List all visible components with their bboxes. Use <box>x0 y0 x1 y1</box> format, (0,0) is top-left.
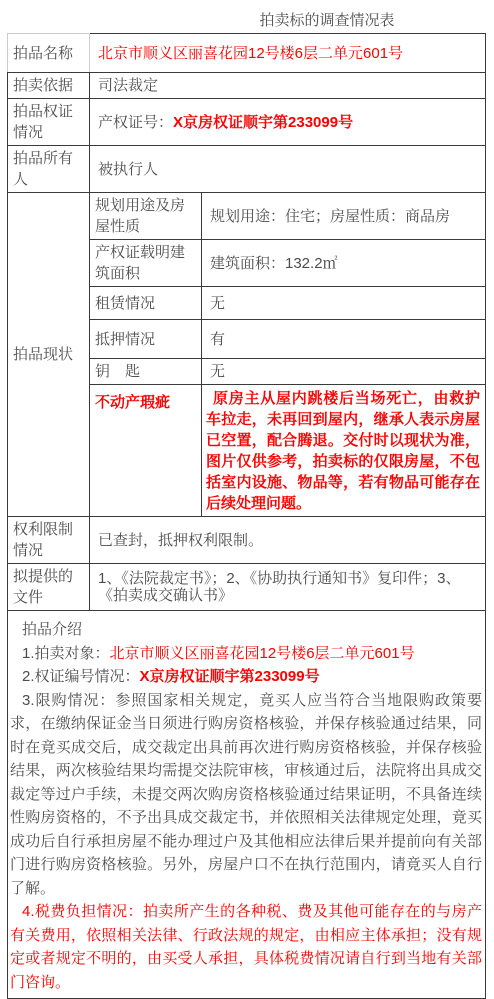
row-introduction: 拍品介绍 1.拍卖对象：北京市顺义区丽喜花园12号楼6层二单元601号 2.权证… <box>8 611 486 999</box>
rights-restriction-label: 权利限制情况 <box>8 517 90 564</box>
rights-restriction-value: 已查封，抵押权利限制。 <box>90 517 486 564</box>
auction-basis-value: 司法裁定 <box>90 73 486 99</box>
auction-basis-label: 拍卖依据 <box>8 73 90 99</box>
item-name-label: 拍品名称 <box>8 34 90 73</box>
certificate-prefix: 产权证号： <box>98 114 173 131</box>
introduction-item-3: 3.限购情况：参照国家相关规定，竟买人应当符合当地限购政策要求，在缴纳保证金当日… <box>10 689 482 901</box>
introduction-item-2: 2.权证编号情况：X京房权证顺宇第233099号 <box>10 665 482 689</box>
row-rights-restriction: 权利限制情况 已查封，抵押权利限制。 <box>8 517 486 564</box>
item-name-value: 北京市顺义区丽喜花园12号楼6层二单元601号 <box>90 34 486 73</box>
intro-item1-value: 北京市顺义区丽喜花园12号楼6层二单元601号 <box>110 645 415 662</box>
planning-use-label: 规划用途及房屋性质 <box>90 193 202 240</box>
lease-label: 租赁情况 <box>90 287 202 320</box>
building-area-label: 产权证载明建筑面积 <box>90 240 202 287</box>
page-title: 拍卖标的调查情况表 <box>0 0 494 33</box>
certificate-number: X京房权证顺宇第233099号 <box>173 114 353 131</box>
row-certificate: 拍品权证情况 产权证号：X京房权证顺宇第233099号 <box>8 99 486 146</box>
introduction-item-4: 4.税费负担情况：拍卖所产生的各种税、费及其他可能存在的与房产有关费用，依照相关… <box>10 900 482 994</box>
status-row-planning-use: 拍品现状 规划用途及房屋性质 规划用途：住宅；房屋性质：商品房 <box>8 193 486 240</box>
building-area-value: 建筑面积：132.2㎡ <box>202 240 486 287</box>
intro-item1-prefix: 1.拍卖对象： <box>22 645 110 662</box>
row-item-name: 拍品名称 北京市顺义区丽喜花园12号楼6层二单元601号 <box>8 34 486 73</box>
planning-use-value: 规划用途：住宅；房屋性质：商品房 <box>202 193 486 240</box>
status-section-label: 拍品现状 <box>8 193 90 517</box>
provided-documents-label: 拟提供的文件 <box>8 564 90 611</box>
introduction-heading: 拍品介绍 <box>10 618 482 642</box>
introduction-cell: 拍品介绍 1.拍卖对象：北京市顺义区丽喜花园12号楼6层二单元601号 2.权证… <box>8 611 486 999</box>
intro-item2-prefix: 2.权证编号情况： <box>22 668 140 685</box>
mortgage-label: 抵押情况 <box>90 320 202 359</box>
intro-item2-value: X京房权证顺宇第233099号 <box>140 668 320 685</box>
property-flaw-label: 不动产瑕疵 <box>90 385 202 517</box>
property-flaw-value: 原房主从屋内跳楼后当场死亡，由救护车拉走，未再回到屋内，继承人表示房屋已空置，配… <box>202 385 486 517</box>
key-label: 钥 匙 <box>90 359 202 385</box>
introduction-item-1: 1.拍卖对象：北京市顺义区丽喜花园12号楼6层二单元601号 <box>10 642 482 666</box>
certificate-label: 拍品权证情况 <box>8 99 90 146</box>
owner-label: 拍品所有人 <box>8 146 90 193</box>
row-auction-basis: 拍卖依据 司法裁定 <box>8 73 486 99</box>
row-owner: 拍品所有人 被执行人 <box>8 146 486 193</box>
auction-survey-table: 拍品名称 北京市顺义区丽喜花园12号楼6层二单元601号 拍卖依据 司法裁定 拍… <box>7 33 486 999</box>
owner-value: 被执行人 <box>90 146 486 193</box>
lease-value: 无 <box>202 287 486 320</box>
mortgage-value: 有 <box>202 320 486 359</box>
provided-documents-value: 1、《法院裁定书》；2、《协助执行通知书》复印件；3、《拍卖成交确认书》 <box>90 564 486 611</box>
key-value: 无 <box>202 359 486 385</box>
certificate-value: 产权证号：X京房权证顺宇第233099号 <box>90 99 486 146</box>
row-provided-documents: 拟提供的文件 1、《法院裁定书》；2、《协助执行通知书》复印件；3、《拍卖成交确… <box>8 564 486 611</box>
